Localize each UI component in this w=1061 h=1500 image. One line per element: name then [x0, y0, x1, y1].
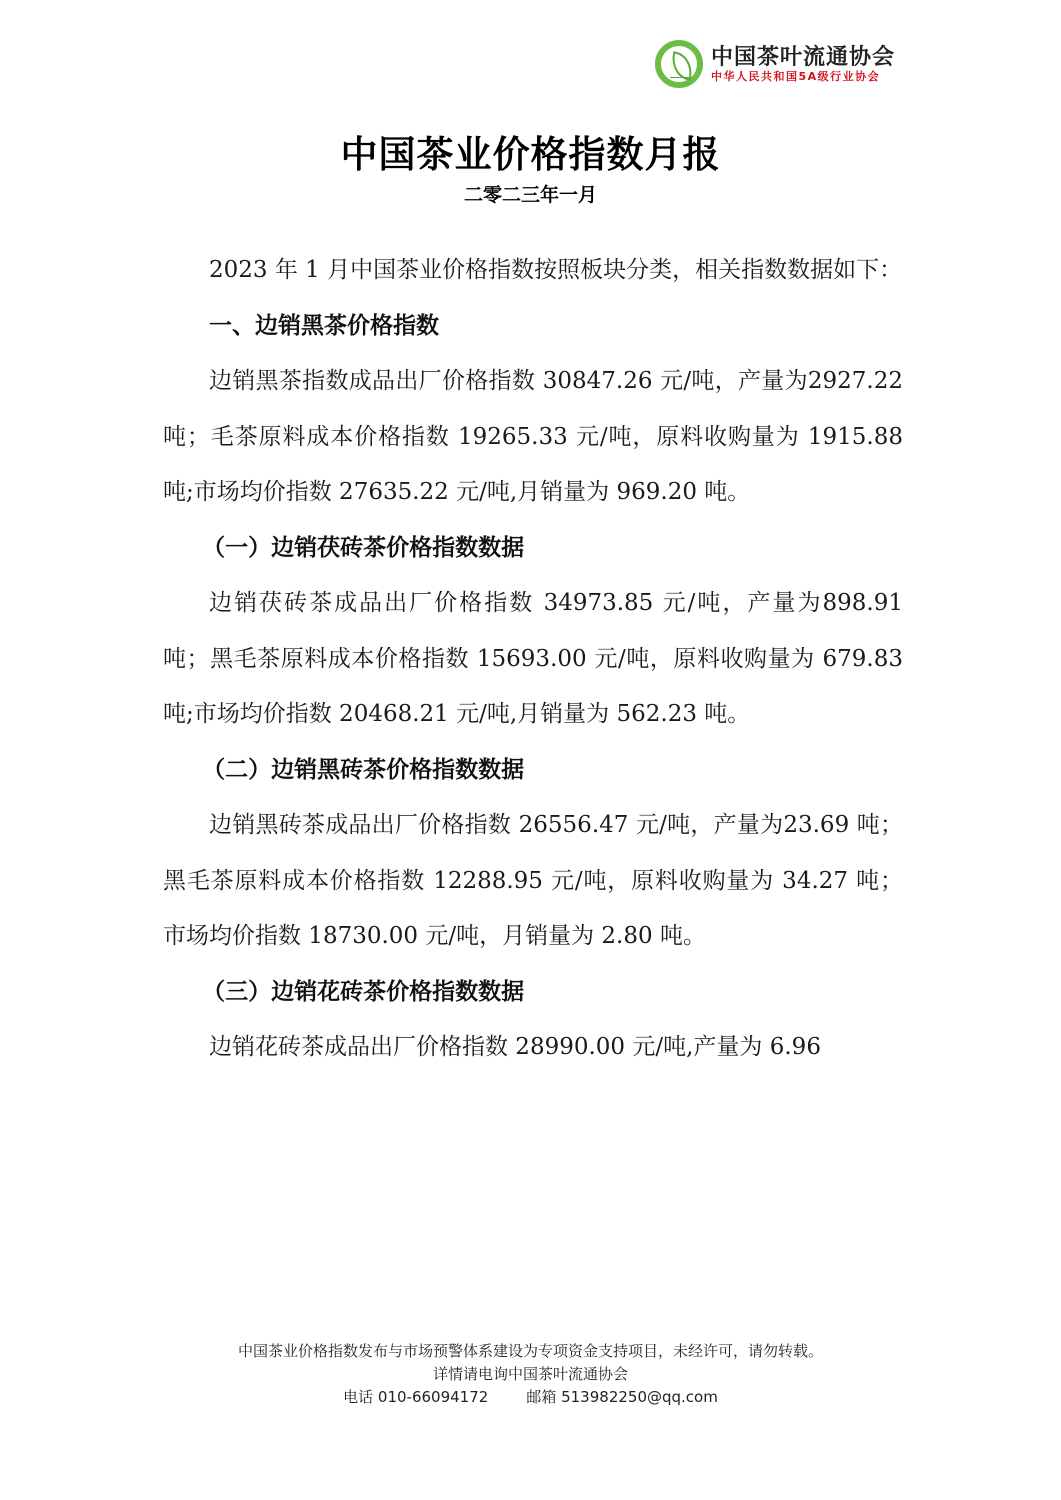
section-heading-dark-tea: 一、边销黑茶价格指数 — [163, 299, 903, 355]
footer-contact-line: 电话 010-66094172邮箱 513982250@qq.com — [0, 1386, 1061, 1409]
tea-leaf-emblem-icon — [655, 40, 703, 88]
footer-contact-note: 详情请电询中国茶叶流通协会 — [0, 1363, 1061, 1386]
org-logo-text: 中国茶叶流通协会 中华人民共和国5A级行业协会 — [711, 44, 895, 84]
footer-phone: 电话 010-66094172 — [343, 1388, 488, 1406]
org-name: 中国茶叶流通协会 — [711, 44, 895, 70]
footer-email: 邮箱 513982250@qq.com — [526, 1388, 718, 1406]
document-body: 2023 年 1 月中国茶业价格指数按照板块分类，相关指数数据如下： 一、边销黑… — [163, 243, 903, 1076]
footer-copyright-notice: 中国茶业价格指数发布与市场预警体系建设为专项资金支持项目，未经许可，请勿转载。 — [0, 1340, 1061, 1363]
document-date: 二零二三年一月 — [0, 180, 1061, 207]
document-title: 中国茶业价格指数月报 — [0, 124, 1061, 178]
org-logo: 中国茶叶流通协会 中华人民共和国5A级行业协会 — [655, 40, 895, 88]
section-paragraph-black-brick: 边销黑砖茶成品出厂价格指数 26556.47 元/吨，产量为23.69 吨；黑毛… — [163, 798, 903, 965]
page-footer: 中国茶业价格指数发布与市场预警体系建设为专项资金支持项目，未经许可，请勿转载。 … — [0, 1340, 1061, 1409]
section-paragraph-fu-brick: 边销茯砖茶成品出厂价格指数 34973.85 元/吨，产量为898.91 吨；黑… — [163, 576, 903, 743]
org-subtitle: 中华人民共和国5A级行业协会 — [711, 70, 895, 84]
section-paragraph-flower-brick: 边销花砖茶成品出厂价格指数 28990.00 元/吨,产量为 6.96 — [163, 1020, 903, 1076]
section-heading-black-brick: （二）边销黑砖茶价格指数数据 — [163, 743, 903, 799]
section-heading-flower-brick: （三）边销花砖茶价格指数数据 — [163, 965, 903, 1021]
section-paragraph-dark-tea: 边销黑茶指数成品出厂价格指数 30847.26 元/吨，产量为2927.22 吨… — [163, 354, 903, 521]
section-heading-fu-brick: （一）边销茯砖茶价格指数数据 — [163, 521, 903, 577]
intro-paragraph: 2023 年 1 月中国茶业价格指数按照板块分类，相关指数数据如下： — [163, 243, 903, 299]
